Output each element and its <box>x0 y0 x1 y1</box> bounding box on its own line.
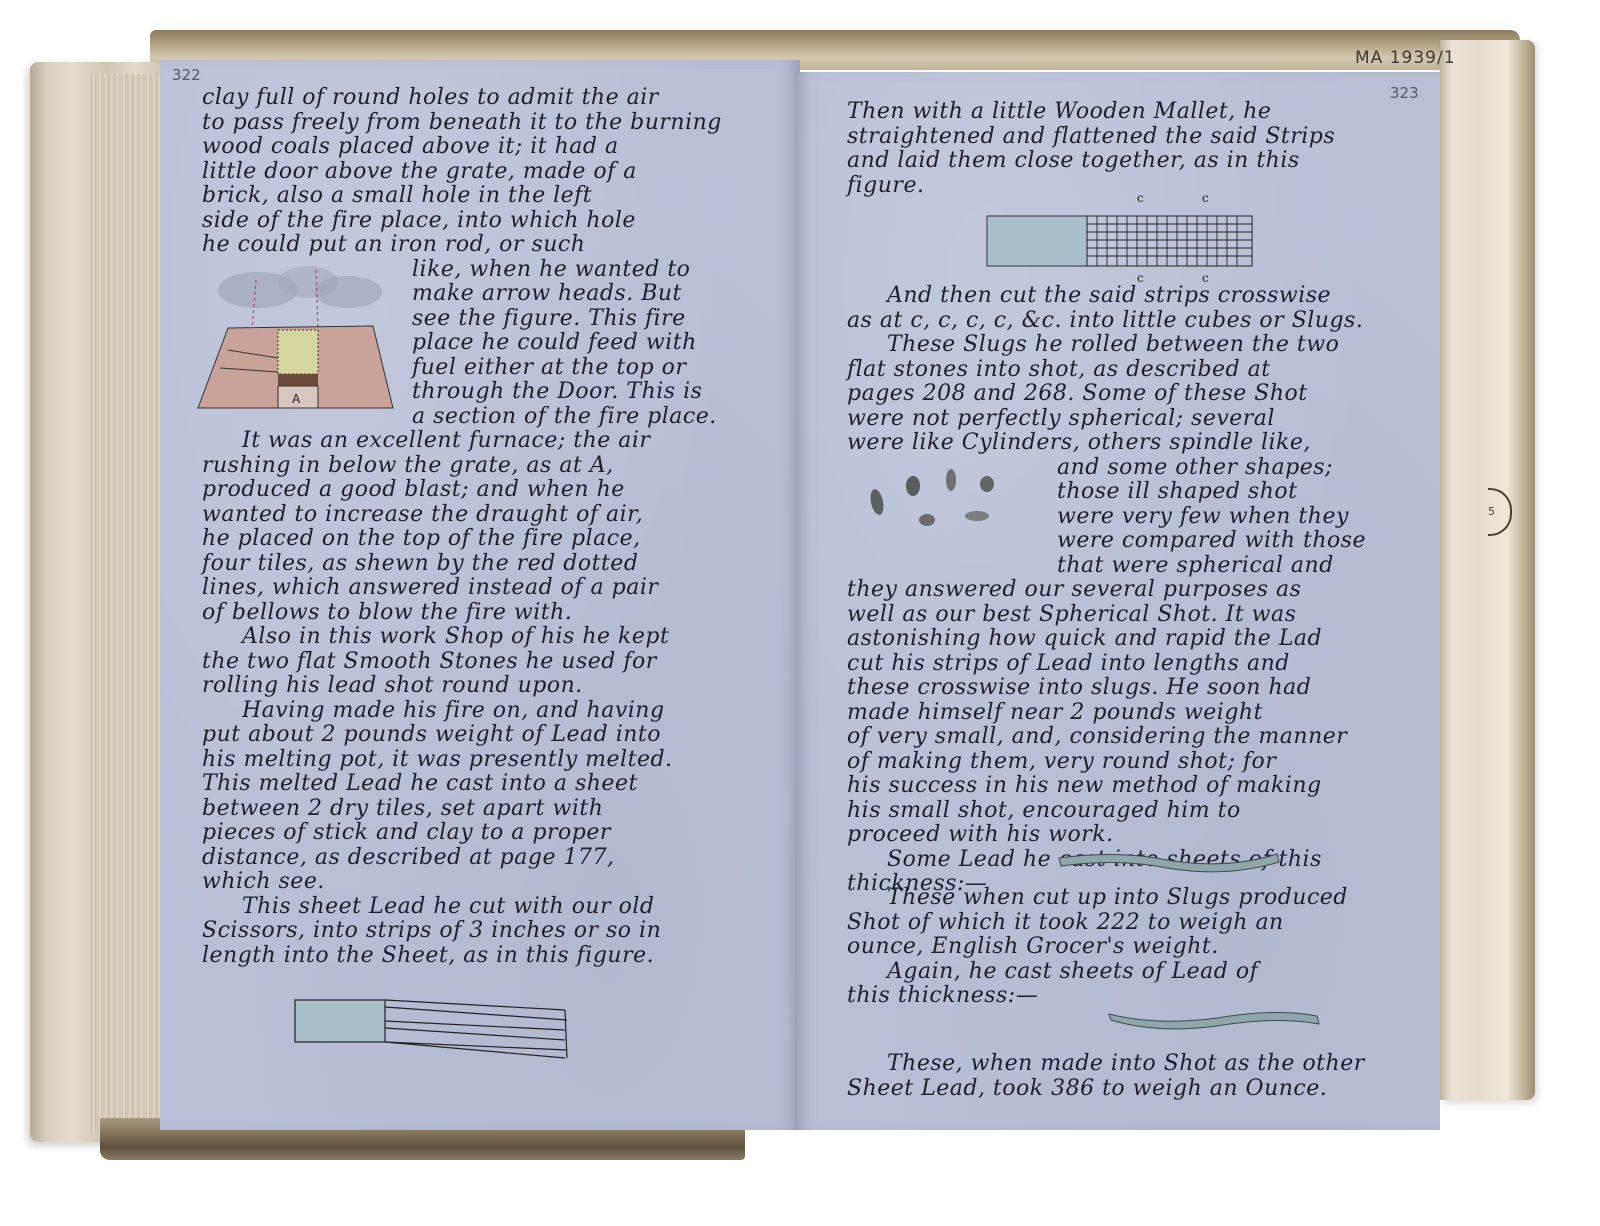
text-line: he could put an iron rod, or such <box>202 233 722 258</box>
notebook-spread: MA 1939/1 5 322 clay full of round holes… <box>0 0 1600 1226</box>
text-line: these crosswise into slugs. He soon had <box>847 676 1366 701</box>
text-line: four tiles, as shewn by the red dotted <box>202 552 722 577</box>
text-line: his small shot, encouraged him to <box>847 799 1366 824</box>
grid-label: c <box>1137 191 1144 205</box>
text-line: put about 2 pounds weight of Lead into <box>202 723 722 748</box>
text-line: little door above the grate, made of a <box>202 160 722 185</box>
text-line: Having made his fire on, and having <box>202 699 722 724</box>
right-page: 323 Then with a little Wooden Mallet, he… <box>795 72 1440 1130</box>
text-line: Scissors, into strips of 3 inches or so … <box>202 919 722 944</box>
text-line: And then cut the said strips crosswise <box>847 284 1366 309</box>
text-line: It was an excellent furnace; the air <box>202 429 722 454</box>
left-page: 322 clay full of round holes to admit th… <box>160 60 800 1130</box>
page-number-left: 322 <box>172 66 201 84</box>
text-line: lines, which answered instead of a pair <box>202 576 722 601</box>
right-page-text-middle: And then cut the said strips crosswise a… <box>847 284 1366 897</box>
text-line: between 2 dry tiles, set apart with <box>202 797 722 822</box>
grid-label: c <box>1202 191 1209 205</box>
text-line: produced a good blast; and when he <box>202 478 722 503</box>
text-line: ounce, English Grocer's weight. <box>847 935 1348 960</box>
text-line: astonishing how quick and rapid the Lad <box>847 627 1366 652</box>
text-line: his success in his new method of making <box>847 774 1366 799</box>
cover-left-edge <box>30 62 170 1142</box>
text-line: length into the Sheet, as in this figure… <box>202 944 722 969</box>
text-line: rolling his lead shot round upon. <box>202 674 722 699</box>
text-line: to pass freely from beneath it to the bu… <box>202 111 722 136</box>
text-line: made himself near 2 pounds weight <box>847 701 1366 726</box>
text-line: that were spherical and <box>847 554 1366 579</box>
text-line: as at c, c, c, c, &c. into little cubes … <box>847 309 1366 334</box>
text-line: his melting pot, it was presently melted… <box>202 748 722 773</box>
text-line: straightened and flattened the said Stri… <box>847 125 1335 150</box>
text-line: distance, as described at page 177, <box>202 846 722 871</box>
text-line: proceed with his work. <box>847 823 1366 848</box>
text-line: side of the fire place, into which hole <box>202 209 722 234</box>
text-line: These Slugs he rolled between the two <box>847 333 1366 358</box>
text-line: well as our best Spherical Shot. It was <box>847 603 1366 628</box>
text-line: were like Cylinders, others spindle like… <box>847 431 1366 456</box>
text-line: of making them, very round shot; for <box>847 750 1366 775</box>
text-line: which see. <box>202 870 722 895</box>
text-line: were not perfectly spherical; several <box>847 407 1366 432</box>
text-line: This sheet Lead he cut with our old <box>202 895 722 920</box>
left-page-text: clay full of round holes to admit the ai… <box>202 86 722 968</box>
text-line: and laid them close together, as in this <box>847 149 1335 174</box>
text-line: cut his strips of Lead into lengths and <box>847 652 1366 677</box>
text-line: Also in this work Shop of his he kept <box>202 625 722 650</box>
right-page-text-top: Then with a little Wooden Mallet, he str… <box>847 100 1335 198</box>
text-line: flat stones into shot, as described at <box>847 358 1366 383</box>
archive-shelfmark: MA 1939/1 <box>1355 48 1456 68</box>
text-line: pages 208 and 268. Some of these Shot <box>847 382 1366 407</box>
right-page-text-bottom: These, when made into Shot as the other … <box>847 1052 1365 1101</box>
lead-sheet-thickness-2 <box>1107 1008 1337 1038</box>
text-line: This melted Lead he cast into a sheet <box>202 772 722 797</box>
text-line: These when cut up into Slugs produced <box>847 886 1348 911</box>
text-line: pieces of stick and clay to a proper <box>202 821 722 846</box>
lead-sheet-thickness-1 <box>1057 850 1287 880</box>
text-line: clay full of round holes to admit the ai… <box>202 86 722 111</box>
cut-strips-grid-drawing: c c c c <box>987 194 1267 284</box>
text-line: this thickness:— <box>847 984 1348 1009</box>
text-line: wanted to increase the draught of air, <box>202 503 722 528</box>
page-number-right: 323 <box>1390 84 1419 102</box>
text-line: brick, also a small hole in the left <box>202 184 722 209</box>
page-fore-edges <box>90 74 170 1134</box>
text-line: Then with a little Wooden Mallet, he <box>847 100 1335 125</box>
furnace-label-a: A <box>292 392 301 406</box>
right-page-text-after-sheet: These when cut up into Slugs produced Sh… <box>847 886 1348 1009</box>
text-line: they answered our several purposes as <box>847 578 1366 603</box>
lead-strips-drawing <box>295 998 575 1068</box>
text-line: he placed on the top of the fire place, <box>202 527 722 552</box>
text-line: Again, he cast sheets of Lead of <box>847 960 1348 985</box>
text-line: These, when made into Shot as the other <box>847 1052 1365 1077</box>
cover-right-edge <box>1440 40 1535 1100</box>
ill-shaped-shot-drawing <box>865 464 1015 534</box>
text-line: the two flat Smooth Stones he used for <box>202 650 722 675</box>
text-line: wood coals placed above it; it had a <box>202 135 722 160</box>
text-line: rushing in below the grate, as at A, <box>202 454 722 479</box>
text-line: of bellows to blow the fire with. <box>202 601 722 626</box>
furnace-section-drawing: A <box>198 260 398 410</box>
text-line: Sheet Lead, took 386 to weigh an Ounce. <box>847 1077 1365 1102</box>
text-line: of very small, and, considering the mann… <box>847 725 1366 750</box>
text-line: Shot of which it took 222 to weigh an <box>847 911 1348 936</box>
